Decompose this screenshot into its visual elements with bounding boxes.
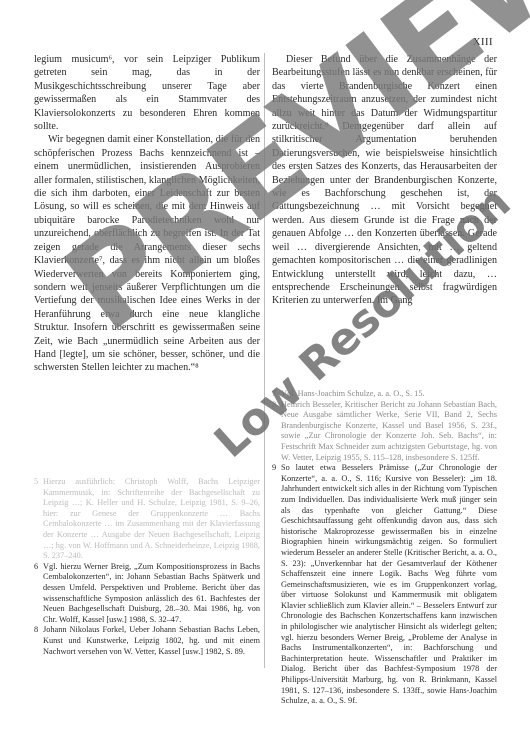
footnote-text: Vgl. Hans-Joachim Schulze, a. a. O., S. … xyxy=(281,389,425,398)
footnote-mark: 5 xyxy=(34,477,38,488)
page-number: XIII xyxy=(473,37,493,48)
footnote: 9 So lautet etwa Besselers Prämisse („Zu… xyxy=(272,463,497,707)
footnote: 6 Vgl. hierzu Werner Breig, „Zum Komposi… xyxy=(34,562,260,626)
footnote-text: Vgl. hierzu Werner Breig, „Zum Kompositi… xyxy=(43,562,260,624)
right-footnotes: 7 Vgl. Hans-Joachim Schulze, a. a. O., S… xyxy=(272,389,497,707)
right-column-body: Dieser Befund über die Zusammenhänge der… xyxy=(272,53,497,308)
footnote-mark: 7 xyxy=(272,389,276,400)
footnote: 8 Heinrich Besseler, Kritischer Bericht … xyxy=(272,400,497,464)
paragraph: Dieser Befund über die Zusammenhänge der… xyxy=(272,53,497,308)
footnote: 7 Vgl. Hans-Joachim Schulze, a. a. O., S… xyxy=(272,389,497,400)
footnote-mark: 8 xyxy=(34,625,38,636)
footnote-text: Heinrich Besseler, Kritischer Bericht zu… xyxy=(281,400,497,462)
column-divider xyxy=(264,53,265,668)
footnote: 5 Hierzu ausführlich: Christoph Wolff, B… xyxy=(34,477,260,562)
left-column-body: legium musicum⁶, vor sein Leipziger Publ… xyxy=(34,53,260,375)
footnote-text: So lautet etwa Besselers Prämisse („Zur … xyxy=(281,463,497,705)
footnote-text: Johann Nikolaus Forkel, Ueber Johann Seb… xyxy=(43,625,260,655)
document-page: XIII legium musicum⁶, vor sein Leipziger… xyxy=(0,0,530,750)
footnote-text: Hierzu ausführlich: Christoph Wolff, Bac… xyxy=(43,477,260,560)
paragraph: legium musicum⁶, vor sein Leipziger Publ… xyxy=(34,53,260,133)
footnote: 8 Johann Nikolaus Forkel, Ueber Johann S… xyxy=(34,625,260,657)
footnote-mark: 6 xyxy=(34,562,38,573)
footnote-mark: 8 xyxy=(272,400,276,411)
footnote-mark: 9 xyxy=(272,463,276,474)
left-footnotes: 5 Hierzu ausführlich: Christoph Wolff, B… xyxy=(34,477,260,657)
paragraph: Wir begegnen damit einer Konstellation, … xyxy=(34,133,260,374)
